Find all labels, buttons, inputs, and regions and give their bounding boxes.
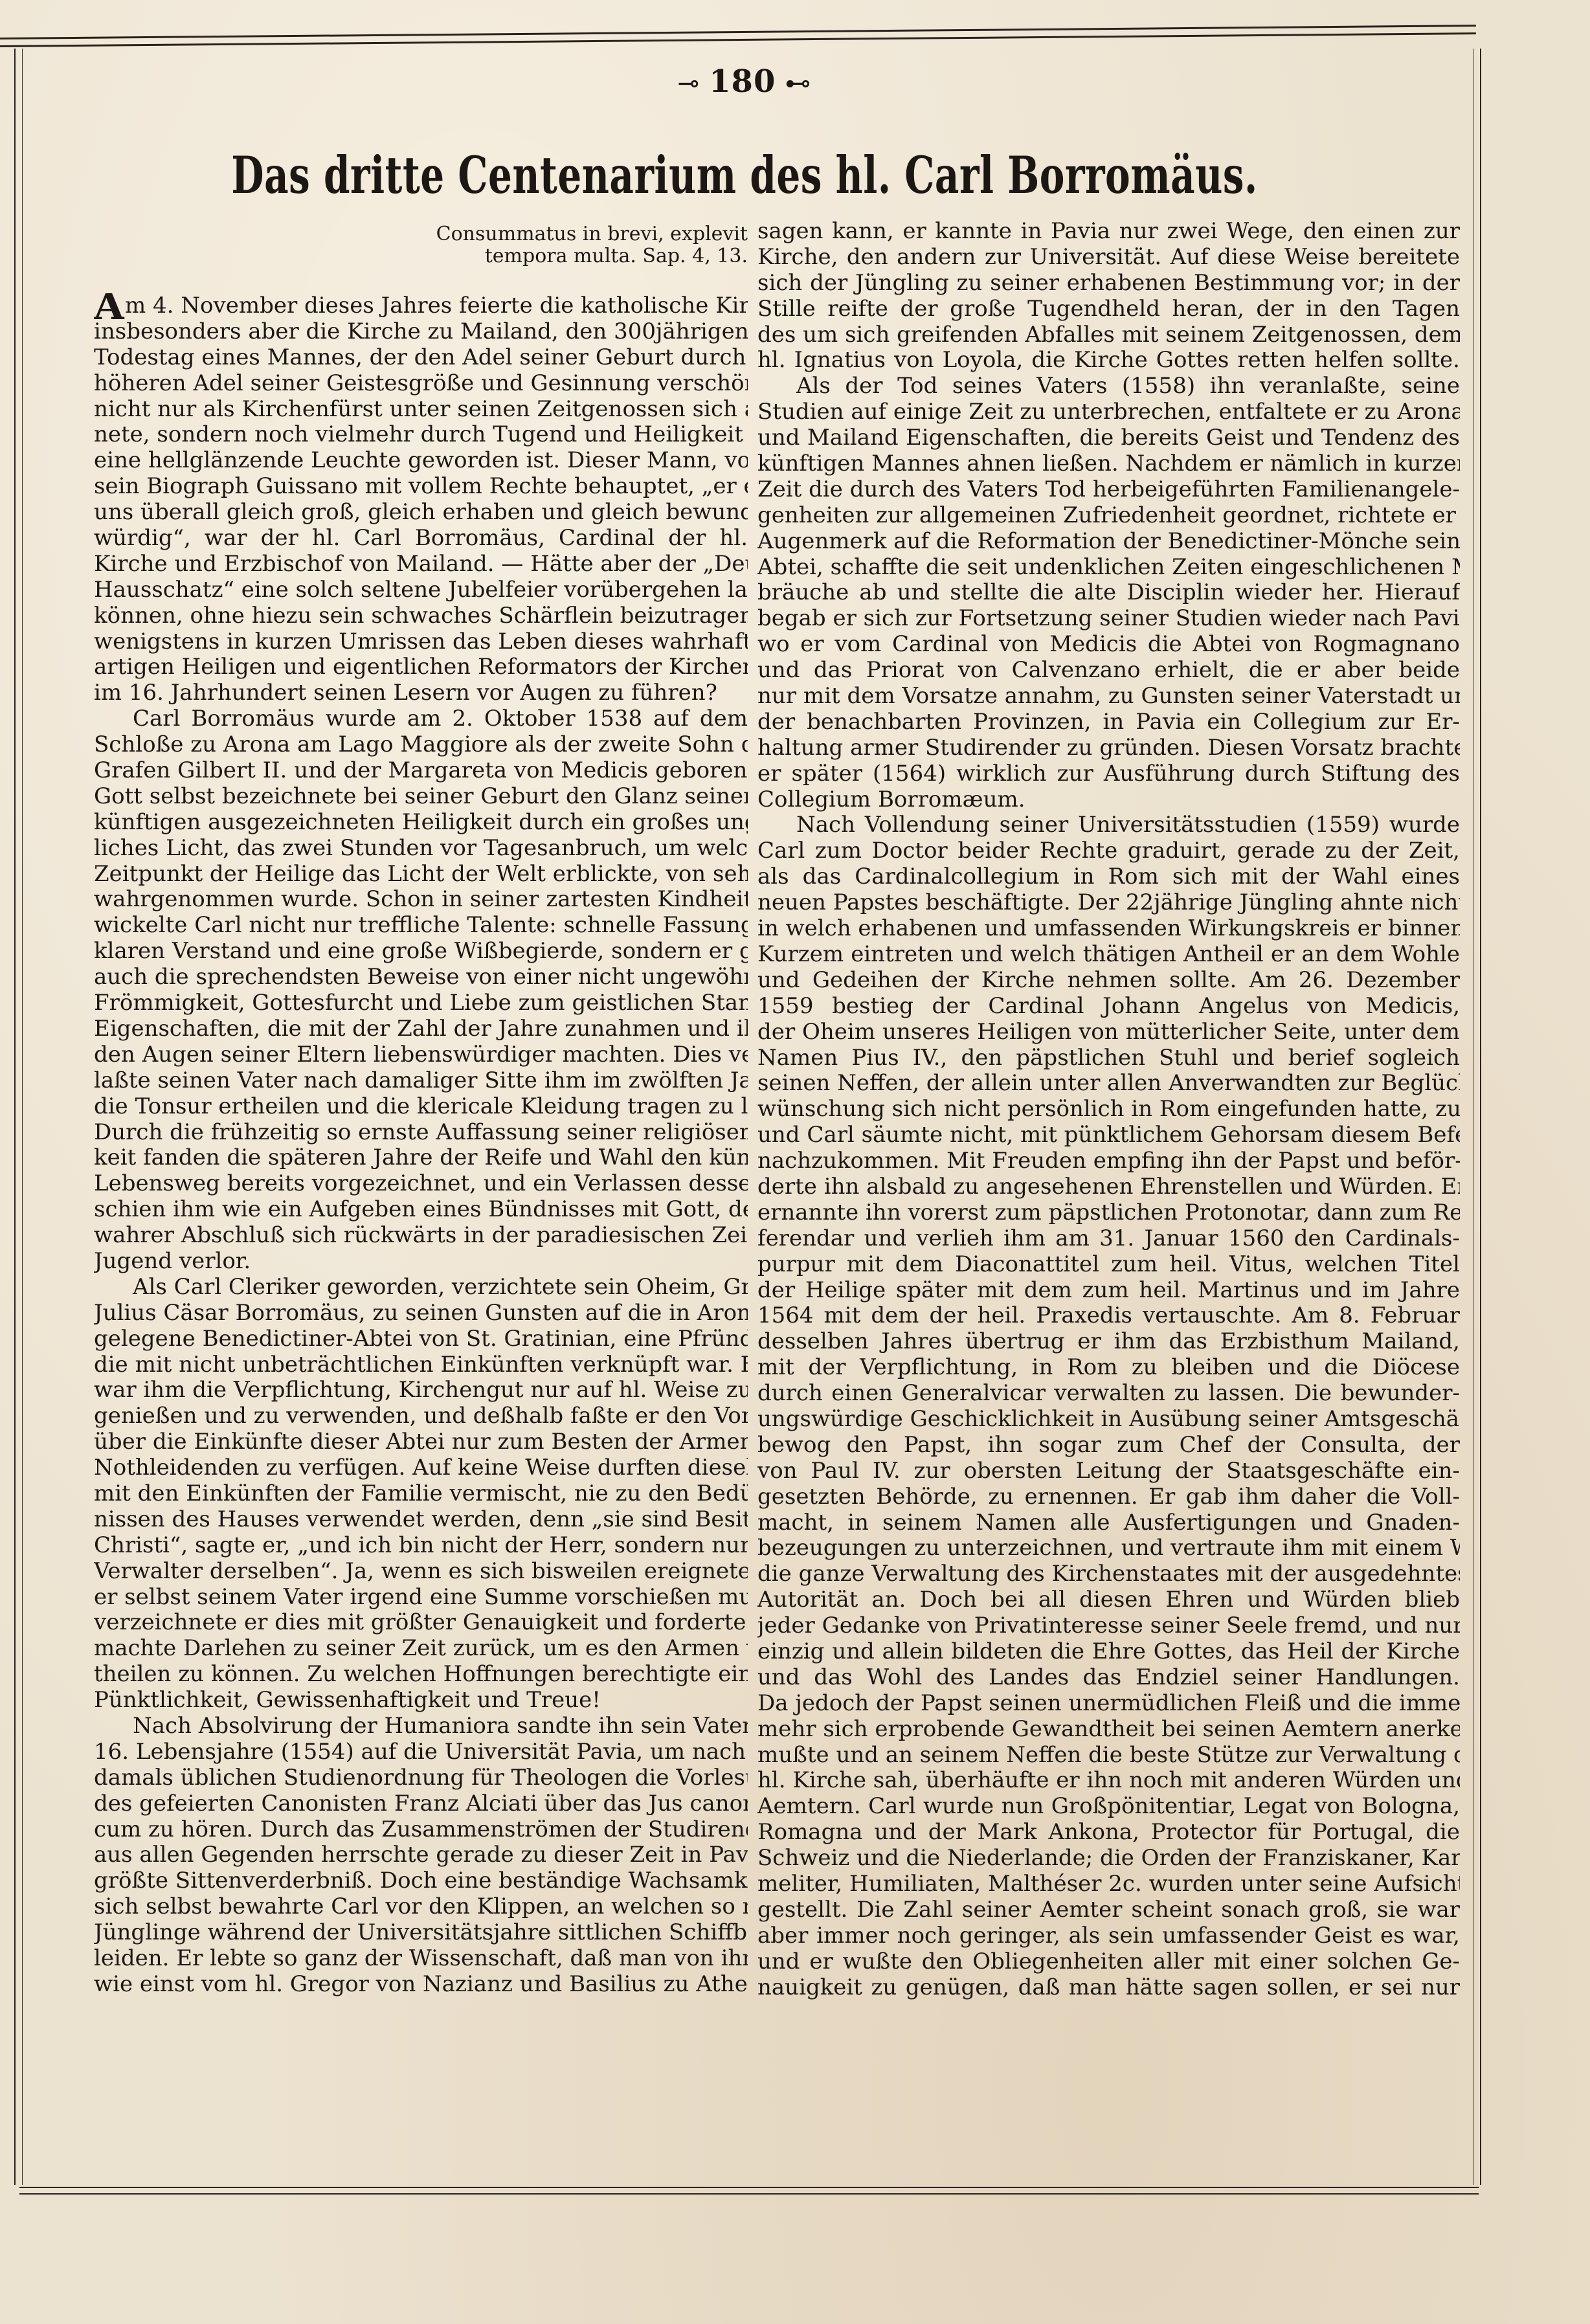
text-line: nur mit dem Vorsatze annahm, zu Gunsten …: [757, 684, 1460, 709]
text-line: wickelte Carl nicht nur treffliche Talen…: [94, 913, 748, 939]
text-line: derte ihn alsbald zu angesehenen Ehrenst…: [757, 1174, 1460, 1200]
text-line: artigen Heiligen und eigentlichen Reform…: [94, 654, 748, 680]
text-line: seinen Neffen, der allein unter allen An…: [757, 1071, 1460, 1097]
text-line: genheiten zur allgemeinen Zufriedenheit …: [757, 503, 1460, 529]
text-line: bewog den Papst, ihn sogar zum Chef der …: [757, 1433, 1460, 1458]
text-line: 1564 mit dem der heil. Praxedis vertausc…: [757, 1303, 1460, 1329]
text-line: die ganze Verwaltung des Kirchenstaates …: [757, 1561, 1460, 1587]
text-line: höheren Adel seiner Geistesgröße und Ges…: [94, 371, 748, 397]
text-line: Kirche, den andern zur Universität. Auf …: [757, 245, 1460, 271]
text-line: mit den Einkünften der Familie vermischt…: [94, 1481, 748, 1507]
text-line: Jünglinge während der Universitätsjahre …: [94, 1920, 748, 1946]
text-line: im 16. Jahrhundert seinen Lesern vor Aug…: [94, 680, 748, 706]
text-line: sagen kann, er kannte in Pavia nur zwei …: [757, 219, 1460, 245]
text-line: genießen und zu verwenden, und deßhalb f…: [94, 1403, 748, 1429]
text-line: schien ihm wie ein Aufgeben eines Bündni…: [94, 1197, 748, 1223]
text-line: 16. Lebensjahre (1554) auf die Universit…: [94, 1739, 748, 1765]
text-line: wo er vom Cardinal von Medicis die Abtei…: [757, 632, 1460, 658]
text-line: eine hellglänzende Leuchte geworden ist.…: [94, 448, 748, 474]
right-column: sagen kann, er kannte in Pavia nur zwei …: [757, 219, 1460, 2000]
text-line: leiden. Er lebte so ganz der Wissenschaf…: [94, 1946, 748, 1972]
text-line: gestellt. Die Zahl seiner Aemter scheint…: [757, 1897, 1460, 1923]
epigraph-line-1: Consummatus in brevi, explevit: [94, 223, 748, 245]
page-number: ⊸180⊷: [0, 63, 1489, 100]
text-line: als das Cardinalcollegium in Rom sich mi…: [757, 864, 1460, 890]
text-line: Romagna und der Mark Ankona, Protector f…: [757, 1820, 1460, 1846]
text-line: Zeitpunkt der Heilige das Licht der Welt…: [94, 862, 748, 888]
text-line: Schloße zu Arona am Lago Maggiore als de…: [94, 732, 748, 758]
text-line: Da jedoch der Papst seinen unermüdlichen…: [757, 1691, 1460, 1717]
text-line: keit fanden die späteren Jahre der Reife…: [94, 1145, 748, 1171]
text-line: neuen Papstes beschäftigte. Der 22jährig…: [757, 890, 1460, 916]
text-line: Carl Borromäus wurde am 2. Oktober 1538 …: [94, 706, 748, 732]
text-line: 1559 bestieg der Cardinal Johann Angelus…: [757, 994, 1460, 1020]
text-line: purpur mit dem Diaconattitel zum heil. V…: [757, 1252, 1460, 1278]
text-line: insbesonders aber die Kirche zu Mailand,…: [94, 319, 748, 345]
text-line: haltung armer Studirender zu gründen. Di…: [757, 735, 1460, 761]
text-line: und Carl säumte nicht, mit pünktlichem G…: [757, 1123, 1460, 1148]
text-line: macht, in seinem Namen alle Ausfertigung…: [757, 1510, 1460, 1536]
text-line: jeder Gedanke von Privatinteresse seiner…: [757, 1613, 1460, 1639]
text-line: der Heilige später mit dem zum heil. Mar…: [757, 1278, 1460, 1304]
text-line: wahrer Abschluß sich rückwärts in der pa…: [94, 1223, 748, 1249]
text-line: war ihm die Verpflichtung, Kirchengut nu…: [94, 1378, 748, 1403]
page-number-value: 180: [709, 63, 776, 100]
text-line: Jugend verlor.: [94, 1249, 748, 1275]
text-line: ernannte ihn vorerst zum päpstlichen Pro…: [757, 1200, 1460, 1226]
text-line: klaren Verstand und eine große Wißbegier…: [94, 939, 748, 965]
text-line: und das Wohl des Landes das Endziel sein…: [757, 1665, 1460, 1691]
text-line: gelegene Benedictiner-Abtei von St. Grat…: [94, 1326, 748, 1352]
left-column-text: Am 4. November dieses Jahres feierte die…: [94, 293, 748, 1998]
text-line: die mit nicht unbeträchtlichen Einkünfte…: [94, 1352, 748, 1378]
text-line: Stille reifte der große Tugendheld heran…: [757, 296, 1460, 322]
text-line: Kurzem eintreten und welch thätigen Anth…: [757, 942, 1460, 968]
text-line: Christi“, sagte er, „und ich bin nicht d…: [94, 1533, 748, 1559]
text-line: wenigstens in kurzen Umrissen das Leben …: [94, 629, 748, 655]
text-line: Zeit die durch des Vaters Tod herbeigefü…: [757, 477, 1460, 503]
text-line: Namen Pius IV., den päpstlichen Stuhl un…: [757, 1045, 1460, 1071]
text-line: den Augen seiner Eltern liebenswürdiger …: [94, 1042, 748, 1068]
text-line: Julius Cäsar Borromäus, zu seinen Gunste…: [94, 1301, 748, 1326]
text-line: Nach Absolvirung der Humaniora sandte ih…: [94, 1714, 748, 1739]
text-line: laßte seinen Vater nach damaliger Sitte …: [94, 1068, 748, 1094]
epigraph-line-2: tempora multa. Sap. 4, 13.: [94, 245, 748, 267]
epigraph: Consummatus in brevi, explevit tempora m…: [94, 223, 748, 267]
text-line: nicht nur als Kirchenfürst unter seinen …: [94, 397, 748, 423]
text-line: durch einen Generalvicar verwalten zu la…: [757, 1381, 1460, 1407]
text-line: nachzukommen. Mit Freuden empfing ihn de…: [757, 1148, 1460, 1174]
text-line: wahrgenommen wurde. Schon in seiner zart…: [94, 887, 748, 913]
text-line: und Gedeihen der Kirche nehmen sollte. A…: [757, 968, 1460, 994]
left-column: Consummatus in brevi, explevit tempora m…: [94, 223, 748, 1998]
text-line: von Paul IV. zur obersten Leitung der St…: [757, 1458, 1460, 1484]
text-line: sein Biograph Guissano mit vollem Rechte…: [94, 474, 748, 500]
text-line: Abtei, schaffte die seit undenklichen Ze…: [757, 555, 1460, 581]
text-line: Hausschatz“ eine solch seltene Jubelfeie…: [94, 577, 748, 603]
right-column-text: sagen kann, er kannte in Pavia nur zwei …: [757, 219, 1460, 2000]
text-line: und Mailand Eigenschaften, die bereits G…: [757, 425, 1460, 451]
article-title: Das dritte Centenarium des hl. Carl Borr…: [0, 146, 1489, 205]
text-line: Nothleidenden zu verfügen. Auf keine Wei…: [94, 1455, 748, 1481]
text-line: Aemtern. Carl wurde nun Großpönitentiar,…: [757, 1794, 1460, 1820]
text-line: und das Priorat von Calvenzano erhielt, …: [757, 658, 1460, 684]
text-line: begab er sich zur Fortsetzung seiner Stu…: [757, 606, 1460, 632]
text-line: der benachbarten Provinzen, in Pavia ein…: [757, 709, 1460, 735]
text-line: uns überall gleich groß, gleich erhaben …: [94, 500, 748, 526]
text-line: des gefeierten Canonisten Franz Alciati …: [94, 1791, 748, 1817]
text-line: wünschung sich nicht persönlich in Rom e…: [757, 1097, 1460, 1123]
text-line: des um sich greifenden Abfalles mit sein…: [757, 322, 1460, 348]
text-line: künftigen ausgezeichneten Heiligkeit dur…: [94, 810, 748, 836]
drop-cap: A: [94, 293, 124, 319]
text-line: Gott selbst bezeichnete bei seiner Gebur…: [94, 784, 748, 810]
text-line: auch die sprechendsten Beweise von einer…: [94, 965, 748, 990]
text-line: machte Darlehen zu seiner Zeit zurück, u…: [94, 1636, 748, 1662]
text-line: ferendar und verlieh ihm am 31. Januar 1…: [757, 1226, 1460, 1252]
text-line: verzeichnete er dies mit größter Genauig…: [94, 1610, 748, 1636]
text-line: Als der Tod seines Vaters (1558) ihn ver…: [757, 374, 1460, 399]
text-line: Nach Vollendung seiner Universitätsstudi…: [757, 812, 1460, 838]
text-line: Collegium Borromæum.: [757, 787, 1460, 813]
text-line: nete, sondern noch vielmehr durch Tugend…: [94, 422, 748, 448]
text-line: Carl zum Doctor beider Rechte graduirt, …: [757, 838, 1460, 864]
text-line: Als Carl Cleriker geworden, verzichtete …: [94, 1275, 748, 1301]
text-line: meliter, Humiliaten, Malthéser 2c. wurde…: [757, 1871, 1460, 1897]
text-line: größte Sittenverderbniß. Doch eine bestä…: [94, 1868, 748, 1894]
text-line: desselben Jahres übertrug er ihm das Erz…: [757, 1329, 1460, 1355]
text-line: Autorität an. Doch bei all diesen Ehren …: [757, 1587, 1460, 1613]
text-line: Grafen Gilbert II. und der Margareta von…: [94, 758, 748, 784]
text-line: bräuche ab und stellte die alte Discipli…: [757, 580, 1460, 606]
text-line: in welch erhabenen und umfassenden Wirku…: [757, 916, 1460, 942]
text-line: mit der Verpflichtung, in Rom zu bleiben…: [757, 1355, 1460, 1381]
text-line: bezeugungen zu unterzeichnen, und vertra…: [757, 1536, 1460, 1561]
text-line: theilen zu können. Zu welchen Hoffnungen…: [94, 1662, 748, 1688]
bottom-double-rule: [19, 2187, 1479, 2195]
text-line: sich der Jüngling zu seiner erhabenen Be…: [757, 271, 1460, 296]
text-line: damals üblichen Studienordnung für Theol…: [94, 1765, 748, 1791]
text-line: Studien auf einige Zeit zu unterbrechen,…: [757, 399, 1460, 425]
text-line: Pünktlichkeit, Gewissenhaftigkeit und Tr…: [94, 1688, 748, 1714]
text-line: nauigkeit zu genügen, daß man hätte sage…: [757, 1975, 1460, 2001]
text-line: der Oheim unseres Heiligen von mütterlic…: [757, 1020, 1460, 1045]
text-line: cum zu hören. Durch das Zusammenströmen …: [94, 1817, 748, 1843]
text-line: Frömmigkeit, Gottesfurcht und Liebe zum …: [94, 990, 748, 1016]
text-line: Augenmerk auf die Reformation der Benedi…: [757, 529, 1460, 555]
text-line: ungswürdige Geschicklichkeit in Ausübung…: [757, 1407, 1460, 1433]
text-line: die Tonsur ertheilen und die klericale K…: [94, 1094, 748, 1120]
text-line: Kirche und Erzbischof von Mailand. — Hät…: [94, 552, 748, 577]
text-line: Lebensweg bereits vorgezeichnet, und ein…: [94, 1171, 748, 1197]
text-line: Durch die frühzeitig so ernste Auffassun…: [94, 1120, 748, 1146]
text-line: und er wußte den Obliegenheiten aller mi…: [757, 1949, 1460, 1975]
text-line: Verwalter derselben“. Ja, wenn es sich b…: [94, 1559, 748, 1585]
text-line: Todestag eines Mannes, der den Adel sein…: [94, 345, 748, 371]
text-line: er selbst seinem Vater irgend eine Summe…: [94, 1585, 748, 1611]
text-line: einzig und allein bildeten die Ehre Gott…: [757, 1639, 1460, 1665]
text-line: er später (1564) wirklich zur Ausführung…: [757, 761, 1460, 787]
text-line: aus allen Gegenden herrschte gerade zu d…: [94, 1842, 748, 1868]
text-line: mußte und an seinem Neffen die beste Stü…: [757, 1743, 1460, 1769]
text-line: wie einst vom hl. Gregor von Nazianz und…: [94, 1972, 748, 1998]
text-line: können, ohne hiezu sein schwaches Schärf…: [94, 603, 748, 629]
text-line: gesetzten Behörde, zu ernennen. Er gab i…: [757, 1484, 1460, 1510]
ornament-left-icon: ⊸: [678, 69, 700, 98]
text-line: über die Einkünfte dieser Abtei nur zum …: [94, 1429, 748, 1455]
text-line: mehr sich erprobende Gewandtheit bei sei…: [757, 1717, 1460, 1743]
text-line: hl. Kirche sah, überhäufte er ihn noch m…: [757, 1768, 1460, 1794]
text-line: sich selbst bewahrte Carl vor den Klippe…: [94, 1894, 748, 1920]
text-line: künftigen Mannes ahnen ließen. Nachdem e…: [757, 451, 1460, 477]
text-line: hl. Ignatius von Loyola, die Kirche Gott…: [757, 348, 1460, 374]
text-line: nissen des Hauses verwendet werden, denn…: [94, 1507, 748, 1533]
text-line: würdig“, war der hl. Carl Borromäus, Car…: [94, 526, 748, 552]
text-line: Am 4. November dieses Jahres feierte die…: [94, 293, 748, 319]
text-line: aber immer noch geringer, als sein umfas…: [757, 1923, 1460, 1949]
text-line: Schweiz und die Niederlande; die Orden d…: [757, 1846, 1460, 1871]
text-line: liches Licht, das zwei Stunden vor Tages…: [94, 836, 748, 862]
ornament-right-icon: ⊷: [785, 69, 811, 98]
text-line: Eigenschaften, die mit der Zahl der Jahr…: [94, 1016, 748, 1042]
